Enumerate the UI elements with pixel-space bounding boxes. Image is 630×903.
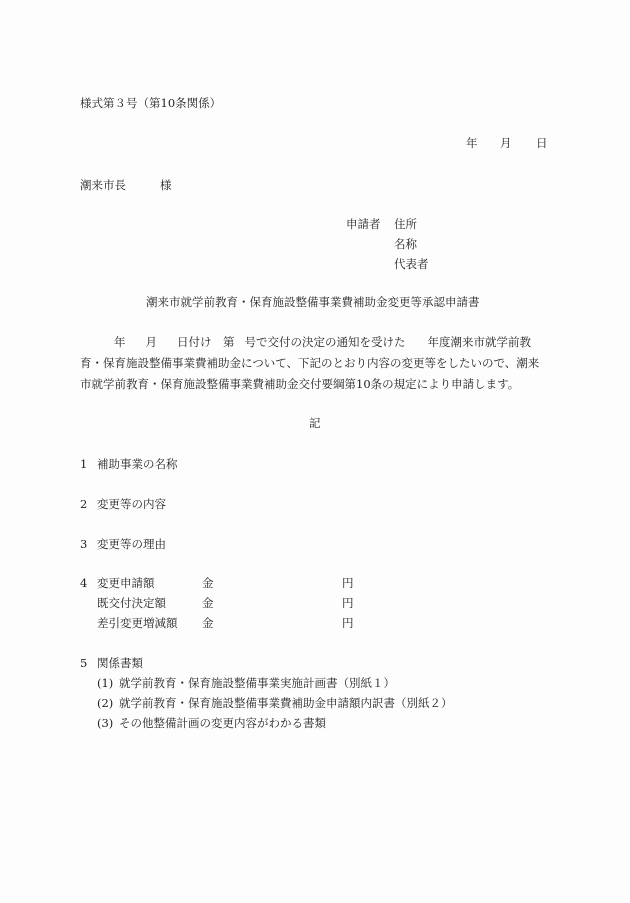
applicant-label: 申請者 — [346, 219, 381, 231]
document-1-text: 就学前教育・保育施設整備事業実施計画書（別紙１） — [119, 678, 395, 690]
body-notice-text: 号で交付の決定の通知を受けた — [245, 335, 406, 349]
document-3-mark: (3) — [97, 718, 113, 730]
document-title: 潮来市就学前教育・保育施設整備事業費補助金変更等承認申請書 — [146, 297, 480, 309]
amount-row-change-request-unit: 円 — [342, 578, 354, 590]
body-month: 月 — [146, 335, 158, 349]
body-paragraph: 年月日付け 第号で交付の決定の通知を受けた年度潮来市就学前教 育・保育施設整備事… — [80, 332, 552, 395]
item-5-label: 関係書類 — [97, 658, 143, 670]
amount-row-difference-label: 差引変更増減額 — [97, 618, 178, 630]
item-3-number: 3 — [80, 539, 87, 551]
body-line-2: 育・保育施設整備事業費補助金について、下記のとおり内容の変更等をしたいので、潮来 — [80, 353, 552, 374]
amount-row-change-request-prefix: 金 — [202, 578, 214, 590]
item-2-label: 変更等の内容 — [97, 499, 166, 511]
ki-heading: 記 — [309, 418, 321, 430]
item-4-number: 4 — [80, 578, 87, 590]
item-1-number: 1 — [80, 459, 87, 471]
item-1-label: 補助事業の名称 — [97, 459, 178, 471]
applicant-name-label: 名称 — [394, 239, 417, 251]
amount-row-existing-decision-unit: 円 — [342, 598, 354, 610]
applicant-address-label: 住所 — [394, 219, 417, 231]
document-3-text: その他整備計画の変更内容がわかる書類 — [119, 718, 326, 730]
amount-row-existing-decision-label: 既交付決定額 — [97, 598, 166, 610]
body-fiscal-year-text: 年度潮来市就学前教 — [428, 335, 532, 349]
body-line-3: 市就学前教育・保育施設整備事業費補助金交付要綱第10条の規定により申請します。 — [80, 374, 552, 395]
body-date-number: 日付け 第 — [177, 335, 235, 349]
document-2-text: 就学前教育・保育施設整備事業費補助金申請額内訳書（別紙２） — [119, 698, 453, 710]
applicant-representative-label: 代表者 — [394, 259, 429, 271]
date-month-label: 月 — [500, 138, 512, 150]
item-3-label: 変更等の理由 — [97, 539, 166, 551]
item-2-number: 2 — [80, 499, 87, 511]
body-line-1: 年月日付け 第号で交付の決定の通知を受けた年度潮来市就学前教 — [80, 332, 552, 353]
date-day-label: 日 — [536, 138, 548, 150]
document-page: 様式第３号（第10条関係） 年 月 日 潮来市長 様 申請者 住所 名称 代表者… — [0, 0, 630, 903]
document-1-mark: (1) — [97, 678, 113, 690]
item-5-number: 5 — [80, 658, 87, 670]
amount-row-change-request-label: 変更申請額 — [97, 578, 155, 590]
date-year-label: 年 — [466, 138, 478, 150]
amount-row-existing-decision-prefix: 金 — [202, 598, 214, 610]
form-number: 様式第３号（第10条関係） — [80, 98, 221, 110]
document-2-mark: (2) — [97, 698, 113, 710]
addressee-honorific: 様 — [160, 180, 172, 192]
addressee-name: 潮来市長 — [80, 180, 126, 192]
amount-row-difference-unit: 円 — [342, 618, 354, 630]
body-year: 年 — [114, 335, 126, 349]
amount-row-difference-prefix: 金 — [202, 618, 214, 630]
